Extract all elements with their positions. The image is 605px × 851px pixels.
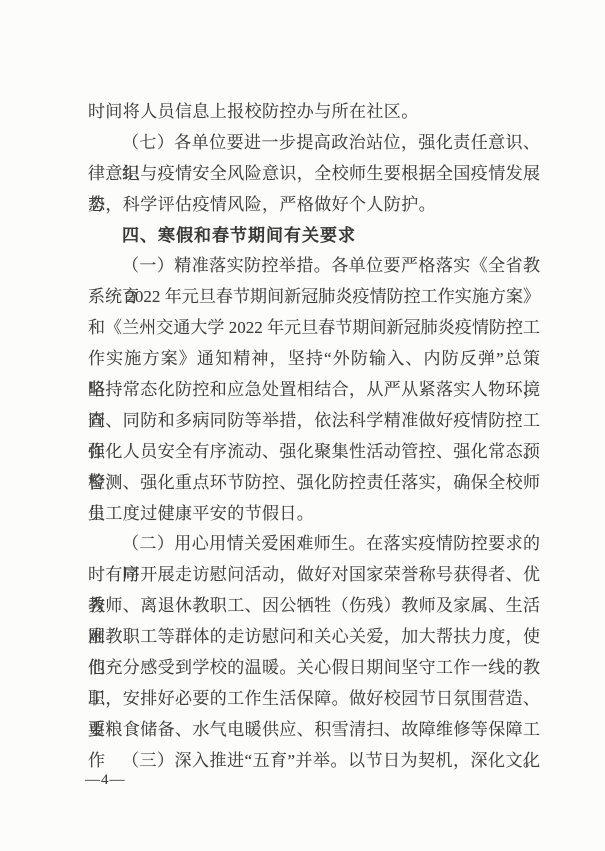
text-line: 难教职工等群体的走访慰问和关心关爱，加大帮扶力度，使他 — [88, 622, 540, 653]
text-line: 作实施方案》通知精神，坚持“外防输入、内防反弹”总策略， — [88, 344, 540, 375]
text-line: 律意识与疫情安全风险意识，全校师生要根据全国疫情发展态 — [88, 159, 540, 190]
page-number: —4— — [85, 770, 126, 790]
text-line: 时有序开展走访慰问活动，做好对国家荣誉称号获得者、优秀 — [88, 560, 540, 591]
text-line: （七）各单位要进一步提高政治站位，强化责任意识、纪 — [88, 128, 540, 159]
text-line: 系统 2022 年元旦春节期间新冠肺炎疫情防控工作实施方案》 — [88, 282, 540, 313]
text-line: 工，安排好必要的工作生活保障。做好校园节日氛围营造、重 — [88, 684, 540, 715]
text-line: 坚持常态化防控和应急处置相结合，从严从紧落实人物环境同 — [88, 375, 540, 406]
body-text: 时间将人员信息上报校防控办与所在社区。（七）各单位要进一步提高政治站位，强化责任… — [88, 97, 540, 777]
text-line: 要粮食储备、水气电暖供应、积雪清扫、故障维修等保障工作。 — [88, 715, 540, 746]
text-line: 和《兰州交通大学 2022 年元旦春节期间新冠肺炎疫情防控工 — [88, 313, 540, 344]
text-line: 势，科学评估疫情风险，严格做好个人防护。 — [88, 190, 540, 221]
text-line: 强化人员安全有序流动、强化聚集性活动管控、强化常态预警 — [88, 437, 540, 468]
text-line: （一）精准落实防控举措。各单位要严格落实《全省教育 — [88, 251, 540, 282]
text-line: 们充分感受到学校的温暖。关心假日期间坚守工作一线的教职 — [88, 653, 540, 684]
text-line: 时间将人员信息上报校防控办与所在社区。 — [88, 97, 540, 128]
text-line: （三）深入推进“五育”并举。以节日为契机，深化文化 — [88, 746, 540, 777]
section-heading: 四、寒假和春节期间有关要求 — [88, 221, 540, 252]
text-line: 教师、离退休教职工、因公牺牲（伤残）教师及家属、生活困 — [88, 591, 540, 622]
text-line: 查、同防和多病同防等举措，依法科学精准做好疫情防控工作。 — [88, 406, 540, 437]
text-line: 员工度过健康平安的节假日。 — [88, 499, 540, 530]
text-line: （二）用心用情关爱困难师生。在落实疫情防控要求的同 — [88, 529, 540, 560]
document-page: 时间将人员信息上报校防控办与所在社区。（七）各单位要进一步提高政治站位，强化责任… — [0, 0, 605, 851]
text-line: 检测、强化重点环节防控、强化防控责任落实，确保全校师生 — [88, 468, 540, 499]
